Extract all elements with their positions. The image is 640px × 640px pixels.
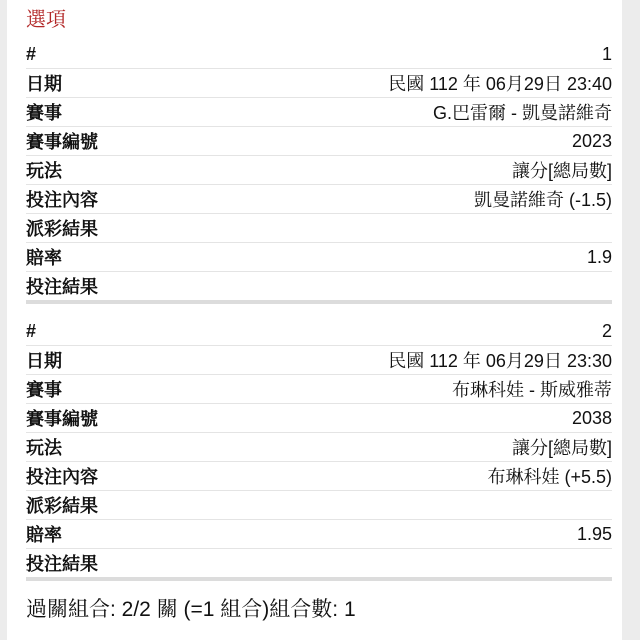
row-value: 布琳科娃 - 斯威雅蒂 (231, 375, 612, 404)
bet-table-row: #1 (26, 40, 612, 69)
row-value: 2038 (231, 404, 612, 433)
row-value (231, 491, 612, 520)
row-label: 玩法 (26, 433, 231, 462)
row-label: 賽事 (26, 98, 231, 127)
bet-table-row: 派彩結果 (26, 491, 612, 520)
row-value: 1.9 (231, 243, 612, 272)
row-label: 派彩結果 (26, 214, 231, 243)
bet-slip-card: 選項 #1日期民國 112 年 06月29日 23:40賽事G.巴雷爾 - 凱曼… (7, 0, 622, 640)
row-value: 凱曼諾維奇 (-1.5) (231, 185, 612, 214)
bet-table-row: 投注結果 (26, 549, 612, 580)
bet-leg-table-2: #2日期民國 112 年 06月29日 23:30賽事布琳科娃 - 斯威雅蒂賽事… (26, 317, 612, 581)
bet-table-row: 派彩結果 (26, 214, 612, 243)
bet-table-row: 投注內容凱曼諾維奇 (-1.5) (26, 185, 612, 214)
bet-table-row: 玩法讓分[總局數] (26, 156, 612, 185)
bet-table-row: 賽事G.巴雷爾 - 凱曼諾維奇 (26, 98, 612, 127)
row-value (231, 214, 612, 243)
bet-table-row: 投注結果 (26, 272, 612, 303)
bet-leg-table-1: #1日期民國 112 年 06月29日 23:40賽事G.巴雷爾 - 凱曼諾維奇… (26, 40, 612, 304)
bet-table-row: 賠率1.9 (26, 243, 612, 272)
row-label: # (26, 40, 231, 69)
row-label: 投注內容 (26, 185, 231, 214)
bet-table-row: 賽事編號2023 (26, 127, 612, 156)
row-label: 派彩結果 (26, 491, 231, 520)
row-value: 布琳科娃 (+5.5) (231, 462, 612, 491)
bet-table-row: 日期民國 112 年 06月29日 23:40 (26, 69, 612, 98)
row-value: 讓分[總局數] (231, 156, 612, 185)
row-value: G.巴雷爾 - 凱曼諾維奇 (231, 98, 612, 127)
row-label: 賽事 (26, 375, 231, 404)
bet-table-row: 賠率1.95 (26, 520, 612, 549)
parlay-combo-summary: 過關組合: 2/2 關 (=1 組合)組合數: 1 (26, 597, 612, 623)
row-label: # (26, 317, 231, 346)
row-value: 民國 112 年 06月29日 23:30 (231, 346, 612, 375)
row-label: 賠率 (26, 243, 231, 272)
bet-table-row: 賽事編號2038 (26, 404, 612, 433)
bet-table-row: 日期民國 112 年 06月29日 23:30 (26, 346, 612, 375)
row-value: 民國 112 年 06月29日 23:40 (231, 69, 612, 98)
bet-table-row: 投注內容布琳科娃 (+5.5) (26, 462, 612, 491)
row-label: 投注結果 (26, 549, 231, 580)
row-label: 投注內容 (26, 462, 231, 491)
bet-table-row: 玩法讓分[總局數] (26, 433, 612, 462)
table-gap (26, 304, 612, 317)
row-value: 2023 (231, 127, 612, 156)
row-value: 1 (231, 40, 612, 69)
page-title: 選項 (26, 8, 612, 32)
row-label: 賽事編號 (26, 404, 231, 433)
row-value: 讓分[總局數] (231, 433, 612, 462)
row-label: 賽事編號 (26, 127, 231, 156)
row-label: 賠率 (26, 520, 231, 549)
row-label: 玩法 (26, 156, 231, 185)
bet-table-row: 賽事布琳科娃 - 斯威雅蒂 (26, 375, 612, 404)
row-value: 1.95 (231, 520, 612, 549)
bet-table-row: #2 (26, 317, 612, 346)
row-value: 2 (231, 317, 612, 346)
row-label: 日期 (26, 346, 231, 375)
row-value (231, 272, 612, 303)
row-value (231, 549, 612, 580)
row-label: 投注結果 (26, 272, 231, 303)
row-label: 日期 (26, 69, 231, 98)
